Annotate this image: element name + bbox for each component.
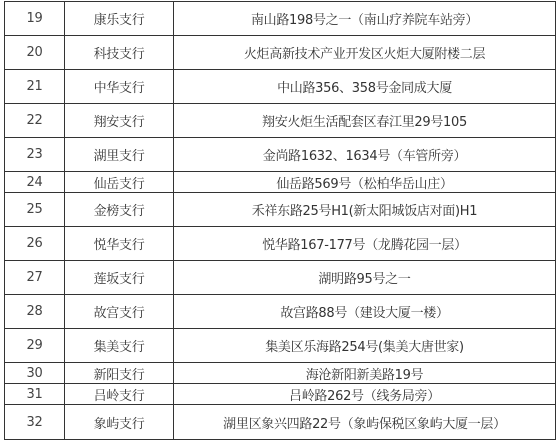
table-row: 20 科技支行 火炬高新技术产业开发区火炬大厦附楼二层	[5, 36, 556, 70]
branch-address-cell: 吕岭路262号（线务局旁）	[174, 384, 556, 405]
branch-address-cell: 金尚路1632、1634号（车管所旁）	[174, 138, 556, 172]
table-row: 22 翔安支行 翔安火炬生活配套区春江里29号105	[5, 104, 556, 138]
table-row: 28 故宫支行 故宫路88号（建设大厦一楼）	[5, 295, 556, 329]
row-number-cell: 32	[5, 405, 65, 440]
branch-name-cell: 仙岳支行	[65, 172, 174, 193]
table-row: 19 康乐支行 南山路198号之一（南山疗养院车站旁）	[5, 2, 556, 36]
branch-name-cell: 翔安支行	[65, 104, 174, 138]
branch-name-cell: 吕岭支行	[65, 384, 174, 405]
branch-address-cell: 故宫路88号（建设大厦一楼）	[174, 295, 556, 329]
branch-address-cell: 湖里区象兴四路22号（象屿保税区象屿大厦一层）	[174, 405, 556, 440]
row-number-cell: 31	[5, 384, 65, 405]
row-number-cell: 29	[5, 329, 65, 363]
branch-address-cell: 湖明路95号之一	[174, 261, 556, 295]
branch-address-cell: 中山路356、358号金同成大厦	[174, 70, 556, 104]
row-number-cell: 27	[5, 261, 65, 295]
branch-name-cell: 湖里支行	[65, 138, 174, 172]
row-number-cell: 24	[5, 172, 65, 193]
branch-address-table: 19 康乐支行 南山路198号之一（南山疗养院车站旁） 20 科技支行 火炬高新…	[4, 1, 556, 440]
branch-name-cell: 莲坂支行	[65, 261, 174, 295]
table-row: 32 象屿支行 湖里区象兴四路22号（象屿保税区象屿大厦一层）	[5, 405, 556, 440]
branch-address-cell: 集美区乐海路254号(集美大唐世家)	[174, 329, 556, 363]
branch-name-cell: 象屿支行	[65, 405, 174, 440]
table-row: 27 莲坂支行 湖明路95号之一	[5, 261, 556, 295]
branch-name-cell: 新阳支行	[65, 363, 174, 384]
branch-name-cell: 悦华支行	[65, 227, 174, 261]
branch-name-cell: 康乐支行	[65, 2, 174, 36]
table-row: 30 新阳支行 海沧新阳新美路19号	[5, 363, 556, 384]
branch-name-cell: 集美支行	[65, 329, 174, 363]
row-number-cell: 25	[5, 193, 65, 227]
table-row: 24 仙岳支行 仙岳路569号（松柏华岳山庄）	[5, 172, 556, 193]
table-row: 21 中华支行 中山路356、358号金同成大厦	[5, 70, 556, 104]
branch-address-cell: 翔安火炬生活配套区春江里29号105	[174, 104, 556, 138]
branch-address-cell: 禾祥东路25号H1(新太阳城饭店对面)H1	[174, 193, 556, 227]
table-row: 29 集美支行 集美区乐海路254号(集美大唐世家)	[5, 329, 556, 363]
row-number-cell: 20	[5, 36, 65, 70]
branch-name-cell: 中华支行	[65, 70, 174, 104]
table-row: 26 悦华支行 悦华路167-177号（龙腾花园一层）	[5, 227, 556, 261]
branch-address-cell: 火炬高新技术产业开发区火炬大厦附楼二层	[174, 36, 556, 70]
table-row: 25 金榜支行 禾祥东路25号H1(新太阳城饭店对面)H1	[5, 193, 556, 227]
table-body: 19 康乐支行 南山路198号之一（南山疗养院车站旁） 20 科技支行 火炬高新…	[5, 2, 556, 440]
row-number-cell: 30	[5, 363, 65, 384]
row-number-cell: 28	[5, 295, 65, 329]
branch-address-cell: 仙岳路569号（松柏华岳山庄）	[174, 172, 556, 193]
branch-address-cell: 海沧新阳新美路19号	[174, 363, 556, 384]
branch-name-cell: 金榜支行	[65, 193, 174, 227]
branch-name-cell: 故宫支行	[65, 295, 174, 329]
branch-address-cell: 悦华路167-177号（龙腾花园一层）	[174, 227, 556, 261]
row-number-cell: 19	[5, 2, 65, 36]
row-number-cell: 22	[5, 104, 65, 138]
branch-table-container: 19 康乐支行 南山路198号之一（南山疗养院车站旁） 20 科技支行 火炬高新…	[4, 1, 556, 440]
row-number-cell: 21	[5, 70, 65, 104]
branch-name-cell: 科技支行	[65, 36, 174, 70]
table-row: 31 吕岭支行 吕岭路262号（线务局旁）	[5, 384, 556, 405]
branch-address-cell: 南山路198号之一（南山疗养院车站旁）	[174, 2, 556, 36]
row-number-cell: 23	[5, 138, 65, 172]
table-row: 23 湖里支行 金尚路1632、1634号（车管所旁）	[5, 138, 556, 172]
row-number-cell: 26	[5, 227, 65, 261]
